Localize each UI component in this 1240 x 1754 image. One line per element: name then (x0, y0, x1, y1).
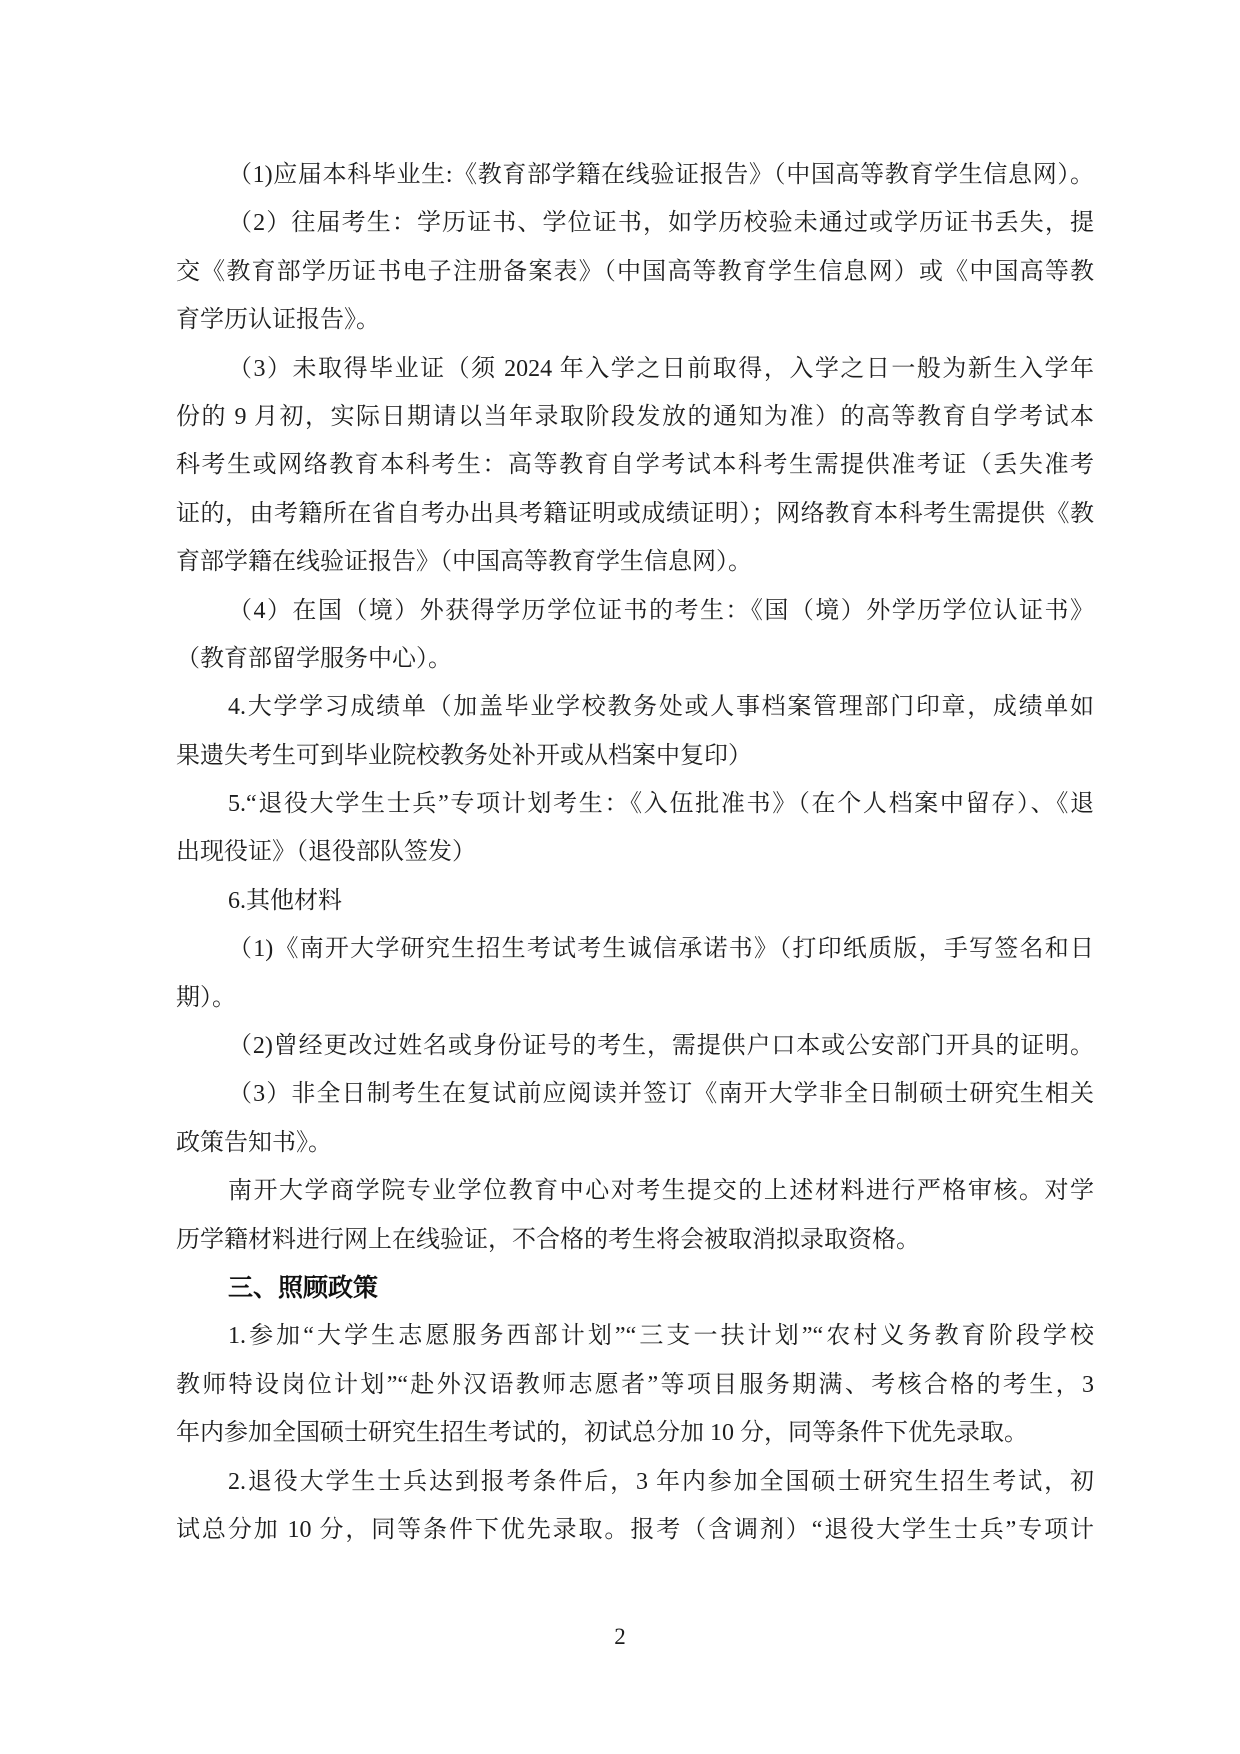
text-line: 历学籍材料进行网上在线验证，不合格的考生将会被取消拟录取资格。 (176, 1216, 1094, 1264)
section-heading: 三、照顾政策 (176, 1264, 1094, 1312)
text-line: （教育部留学服务中心）。 (176, 635, 1094, 683)
document-body: （1)应届本科毕业生:《教育部学籍在线验证报告》（中国高等教育学生信息网）。（2… (176, 151, 1094, 1554)
text-line: （4）在国（境）外获得学历学位证书的考生：《国（境）外学历学位认证书》 (176, 587, 1094, 635)
text-line: 政策告知书》。 (176, 1119, 1094, 1167)
text-line: 交《教育部学历证书电子注册备案表》（中国高等教育学生信息网）或《中国高等教 (176, 248, 1094, 296)
text-line: 科考生或网络教育本科考生：高等教育自学考试本科考生需提供准考证（丢失准考 (176, 441, 1094, 489)
text-line: 果遗失考生可到毕业院校教务处补开或从档案中复印） (176, 732, 1094, 780)
text-line: 1.参加“大学生志愿服务西部计划”“三支一扶计划”“农村义务教育阶段学校 (176, 1312, 1094, 1360)
text-line: （2）往届考生：学历证书、学位证书，如学历校验未通过或学历证书丢失，提 (176, 199, 1094, 247)
text-line: 教师特设岗位计划”“赴外汉语教师志愿者”等项目服务期满、考核合格的考生，3 (176, 1361, 1094, 1409)
text-line: （1)《南开大学研究生招生考试考生诚信承诺书》（打印纸质版，手写签名和日 (176, 925, 1094, 973)
text-line: 5.“退役大学生士兵”专项计划考生：《入伍批准书》（在个人档案中留存）、《退 (176, 780, 1094, 828)
text-line: 期）。 (176, 974, 1094, 1022)
text-line: 份的 9 月初，实际日期请以当年录取阶段发放的通知为准）的高等教育自学考试本 (176, 393, 1094, 441)
text-line: 年内参加全国硕士研究生招生考试的，初试总分加 10 分，同等条件下优先录取。 (176, 1409, 1094, 1457)
text-line: 证的，由考籍所在省自考办出具考籍证明或成绩证明）；网络教育本科考生需提供《教 (176, 490, 1094, 538)
text-line: 2.退役大学生士兵达到报考条件后，3 年内参加全国硕士研究生招生考试，初 (176, 1458, 1094, 1506)
text-line: 南开大学商学院专业学位教育中心对考生提交的上述材料进行严格审核。对学 (176, 1167, 1094, 1215)
text-line: 出现役证》（退役部队签发） (176, 828, 1094, 876)
text-line: （2)曾经更改过姓名或身份证号的考生，需提供户口本或公安部门开具的证明。 (176, 1022, 1094, 1070)
page-number: 2 (0, 1622, 1240, 1652)
text-line: 试总分加 10 分，同等条件下优先录取。报考（含调剂）“退役大学生士兵”专项计 (176, 1506, 1094, 1554)
text-line: 育部学籍在线验证报告》（中国高等教育学生信息网）。 (176, 538, 1094, 586)
text-line: 育学历认证报告》。 (176, 296, 1094, 344)
document-page: （1)应届本科毕业生:《教育部学籍在线验证报告》（中国高等教育学生信息网）。（2… (0, 0, 1240, 1754)
text-line: （3）非全日制考生在复试前应阅读并签订《南开大学非全日制硕士研究生相关 (176, 1070, 1094, 1118)
text-line: （3）未取得毕业证（须 2024 年入学之日前取得，入学之日一般为新生入学年 (176, 345, 1094, 393)
text-line: 6.其他材料 (176, 877, 1094, 925)
text-line: 4.大学学习成绩单（加盖毕业学校教务处或人事档案管理部门印章，成绩单如 (176, 683, 1094, 731)
text-line: （1)应届本科毕业生:《教育部学籍在线验证报告》（中国高等教育学生信息网）。 (176, 151, 1094, 199)
